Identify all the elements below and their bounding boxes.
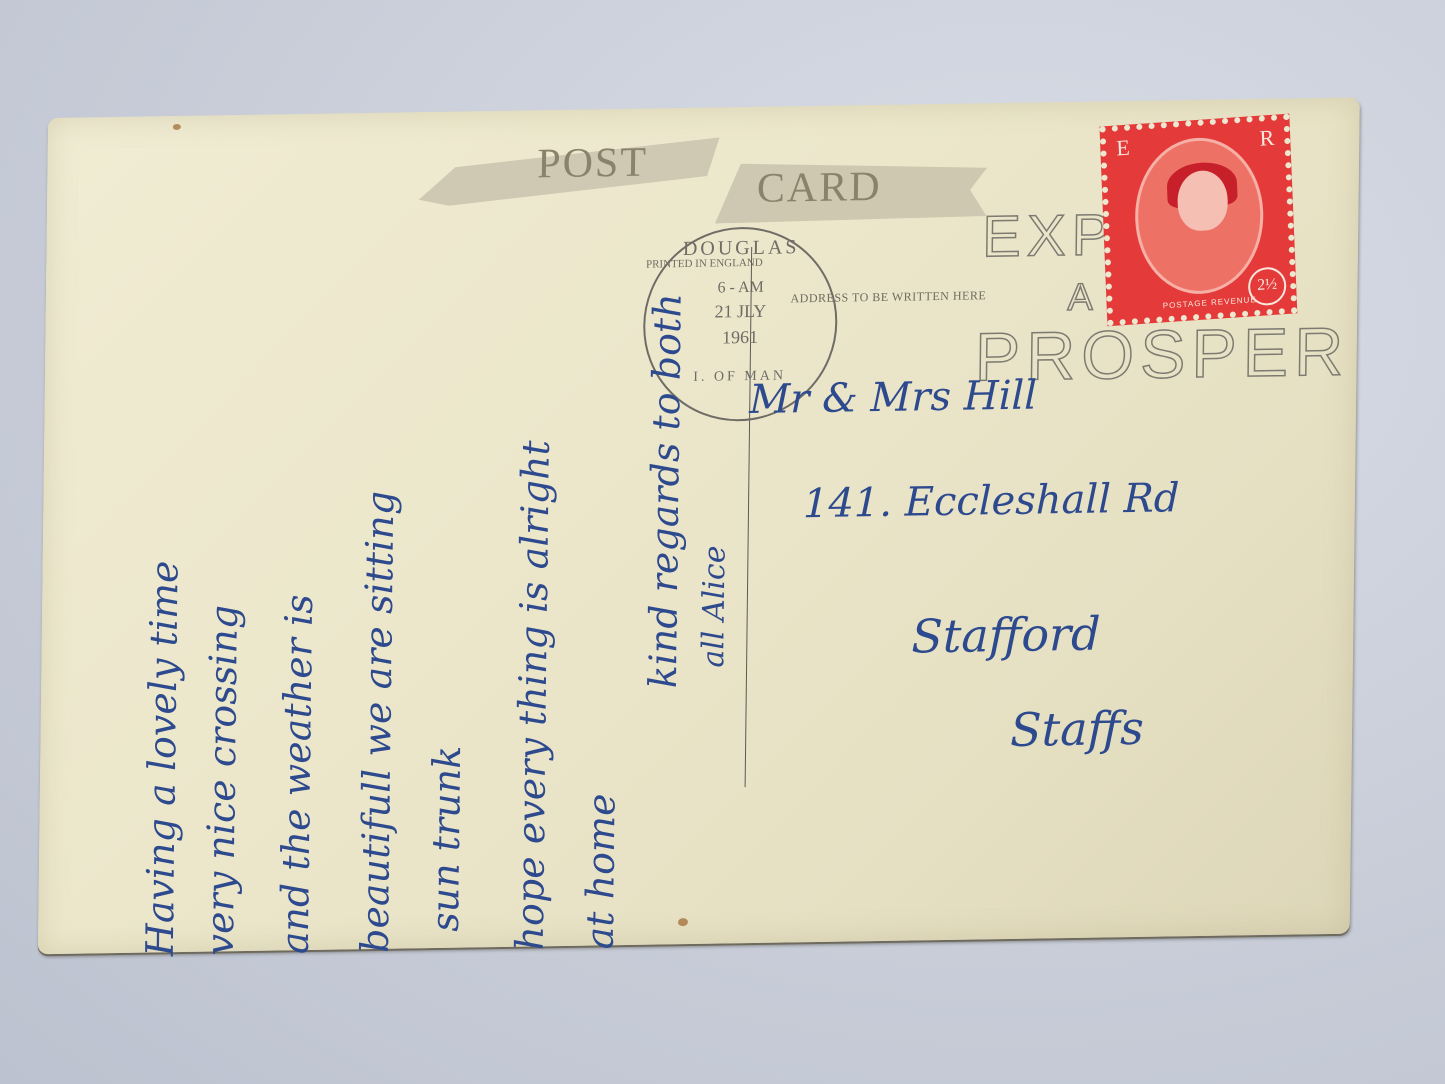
postage-stamp: E R POSTAGE REVENUE 2½ (1099, 114, 1297, 327)
message-line: all Alice (696, 545, 732, 668)
portrait-oval (1132, 134, 1266, 298)
address-line-name: Mr & Mrs Hill (749, 372, 1037, 423)
card-title: CARD (757, 163, 882, 213)
message-line: sun trunk (423, 746, 469, 933)
slogan-line: A (1067, 277, 1099, 321)
message-line: at home (578, 793, 624, 950)
handwritten-message: Having a lovely time very nice crossing … (128, 147, 757, 917)
address-line-county: Staffs (1010, 701, 1144, 757)
message-line: kind regards to both (641, 293, 690, 689)
message-line: hope every thing is alright (508, 440, 558, 951)
slogan-line: EXP (982, 201, 1117, 270)
address-line-street: 141. Eccleshall Rd (803, 475, 1180, 527)
stamp-caption: POSTAGE REVENUE (1163, 295, 1257, 310)
stamp-value: 2½ (1247, 266, 1286, 307)
message-line: beautifull we are sitting (353, 491, 403, 954)
rust-spot (173, 124, 181, 130)
stamp-letter-r: R (1259, 125, 1275, 152)
postcard: POST CARD PRINTED IN ENGLAND ADDRESS TO … (38, 97, 1360, 954)
message-line: and the weather is (273, 594, 321, 954)
message-line: very nice crossing (198, 605, 246, 956)
rust-spot (678, 918, 688, 926)
message-line: Having a lovely time (138, 560, 187, 956)
address-line-town: Stafford (911, 607, 1101, 664)
stamp-letter-e: E (1116, 135, 1130, 162)
